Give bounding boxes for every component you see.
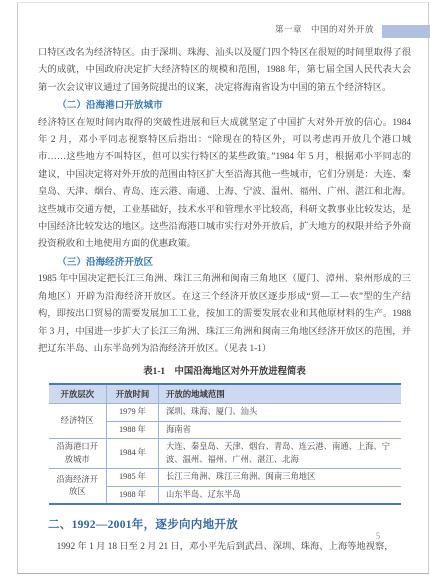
page-number: 5 [368, 531, 388, 541]
cell-open-time: 1988 年 [107, 486, 159, 504]
cell-open-level: 沿海经济开放区 [49, 469, 107, 504]
cell-open-level: 沿海港口开放城市 [49, 439, 107, 469]
cell-open-scope: 长江三角洲、珠江三角洲、闽南三角地区 [159, 469, 401, 486]
cell-open-scope: 大连、秦皇岛、天津、烟台、青岛、连云港、南通、上海、宁波、温州、福州、广州、湛江… [159, 439, 401, 469]
book-page: 第一章中国的对外开放 口特区改名为经济特区。由于深圳、珠海、汕头以及厦门四个特区… [17, 2, 429, 574]
cell-open-scope: 山东半岛、辽东半岛 [159, 486, 401, 504]
running-header-chapter: 第一章 [275, 24, 302, 34]
table-header: 开放层次 开放时间 开放的地域范围 [49, 384, 401, 404]
running-header: 第一章中国的对外开放 [275, 23, 374, 35]
table-body: 经济特区1979 年深圳、珠海、厦门、汕头1988 年海南省沿海港口开放城市19… [49, 404, 401, 504]
column-header-level: 开放层次 [49, 384, 107, 404]
cell-open-time: 1979 年 [107, 404, 159, 421]
cell-open-scope: 海南省 [159, 421, 401, 438]
page-content: 口特区改名为经济特区。由于深圳、珠海、汕头以及厦门四个特区在很短的时间里取得了很… [38, 45, 411, 556]
opening-process-table: 开放层次 开放时间 开放的地域范围 经济特区1979 年深圳、珠海、厦门、汕头1… [49, 383, 401, 505]
cell-open-time: 1988 年 [107, 421, 159, 438]
cell-open-scope: 深圳、珠海、厦门、汕头 [159, 404, 401, 421]
paragraph-coastal-port-cities: 经济特区在短时间内取得的突破性进展和巨大成就坚定了中国扩大对外开放的信心。198… [38, 115, 411, 254]
section-heading-1992-2001: 二、1992—2001年，逐步向内地开放 [38, 516, 411, 532]
table-row: 沿海经济开放区1985 年长江三角洲、珠江三角洲、闽南三角地区 [49, 469, 401, 486]
cell-open-time: 1984 年 [107, 439, 159, 469]
table-caption: 表1-1 中国沿海地区对外开放进程简表 [38, 363, 411, 377]
cell-open-level: 经济特区 [49, 404, 107, 439]
paragraph-special-zones: 口特区改名为经济特区。由于深圳、珠海、汕头以及厦门四个特区在很短的时间里取得了很… [38, 45, 411, 97]
running-header-title: 中国的对外开放 [311, 24, 374, 34]
table-header-row: 开放层次 开放时间 开放的地域范围 [49, 384, 401, 404]
table-row: 经济特区1979 年深圳、珠海、厦门、汕头 [49, 404, 401, 421]
paragraph-coastal-economic-zones: 1985 年中国决定把长江三角洲、珠江三角洲和闽南三角地区（厦门、漳州、泉州形成… [38, 271, 411, 358]
header-corner-band [382, 25, 430, 38]
paragraph-1992-tour: 1992 年 1 月 18 日至 2 月 21 日，邓小平先后到武昌、深圳、珠海… [38, 539, 411, 556]
cell-open-time: 1985 年 [107, 469, 159, 486]
subsection-heading-coastal-port-cities: （二）沿海港口开放城市 [38, 97, 411, 114]
column-header-time: 开放时间 [107, 384, 159, 404]
subsection-heading-coastal-economic-zones: （三）沿海经济开放区 [38, 254, 411, 271]
column-header-scope: 开放的地域范围 [159, 384, 401, 404]
table-row: 沿海港口开放城市1984 年大连、秦皇岛、天津、烟台、青岛、连云港、南通、上海、… [49, 439, 401, 469]
